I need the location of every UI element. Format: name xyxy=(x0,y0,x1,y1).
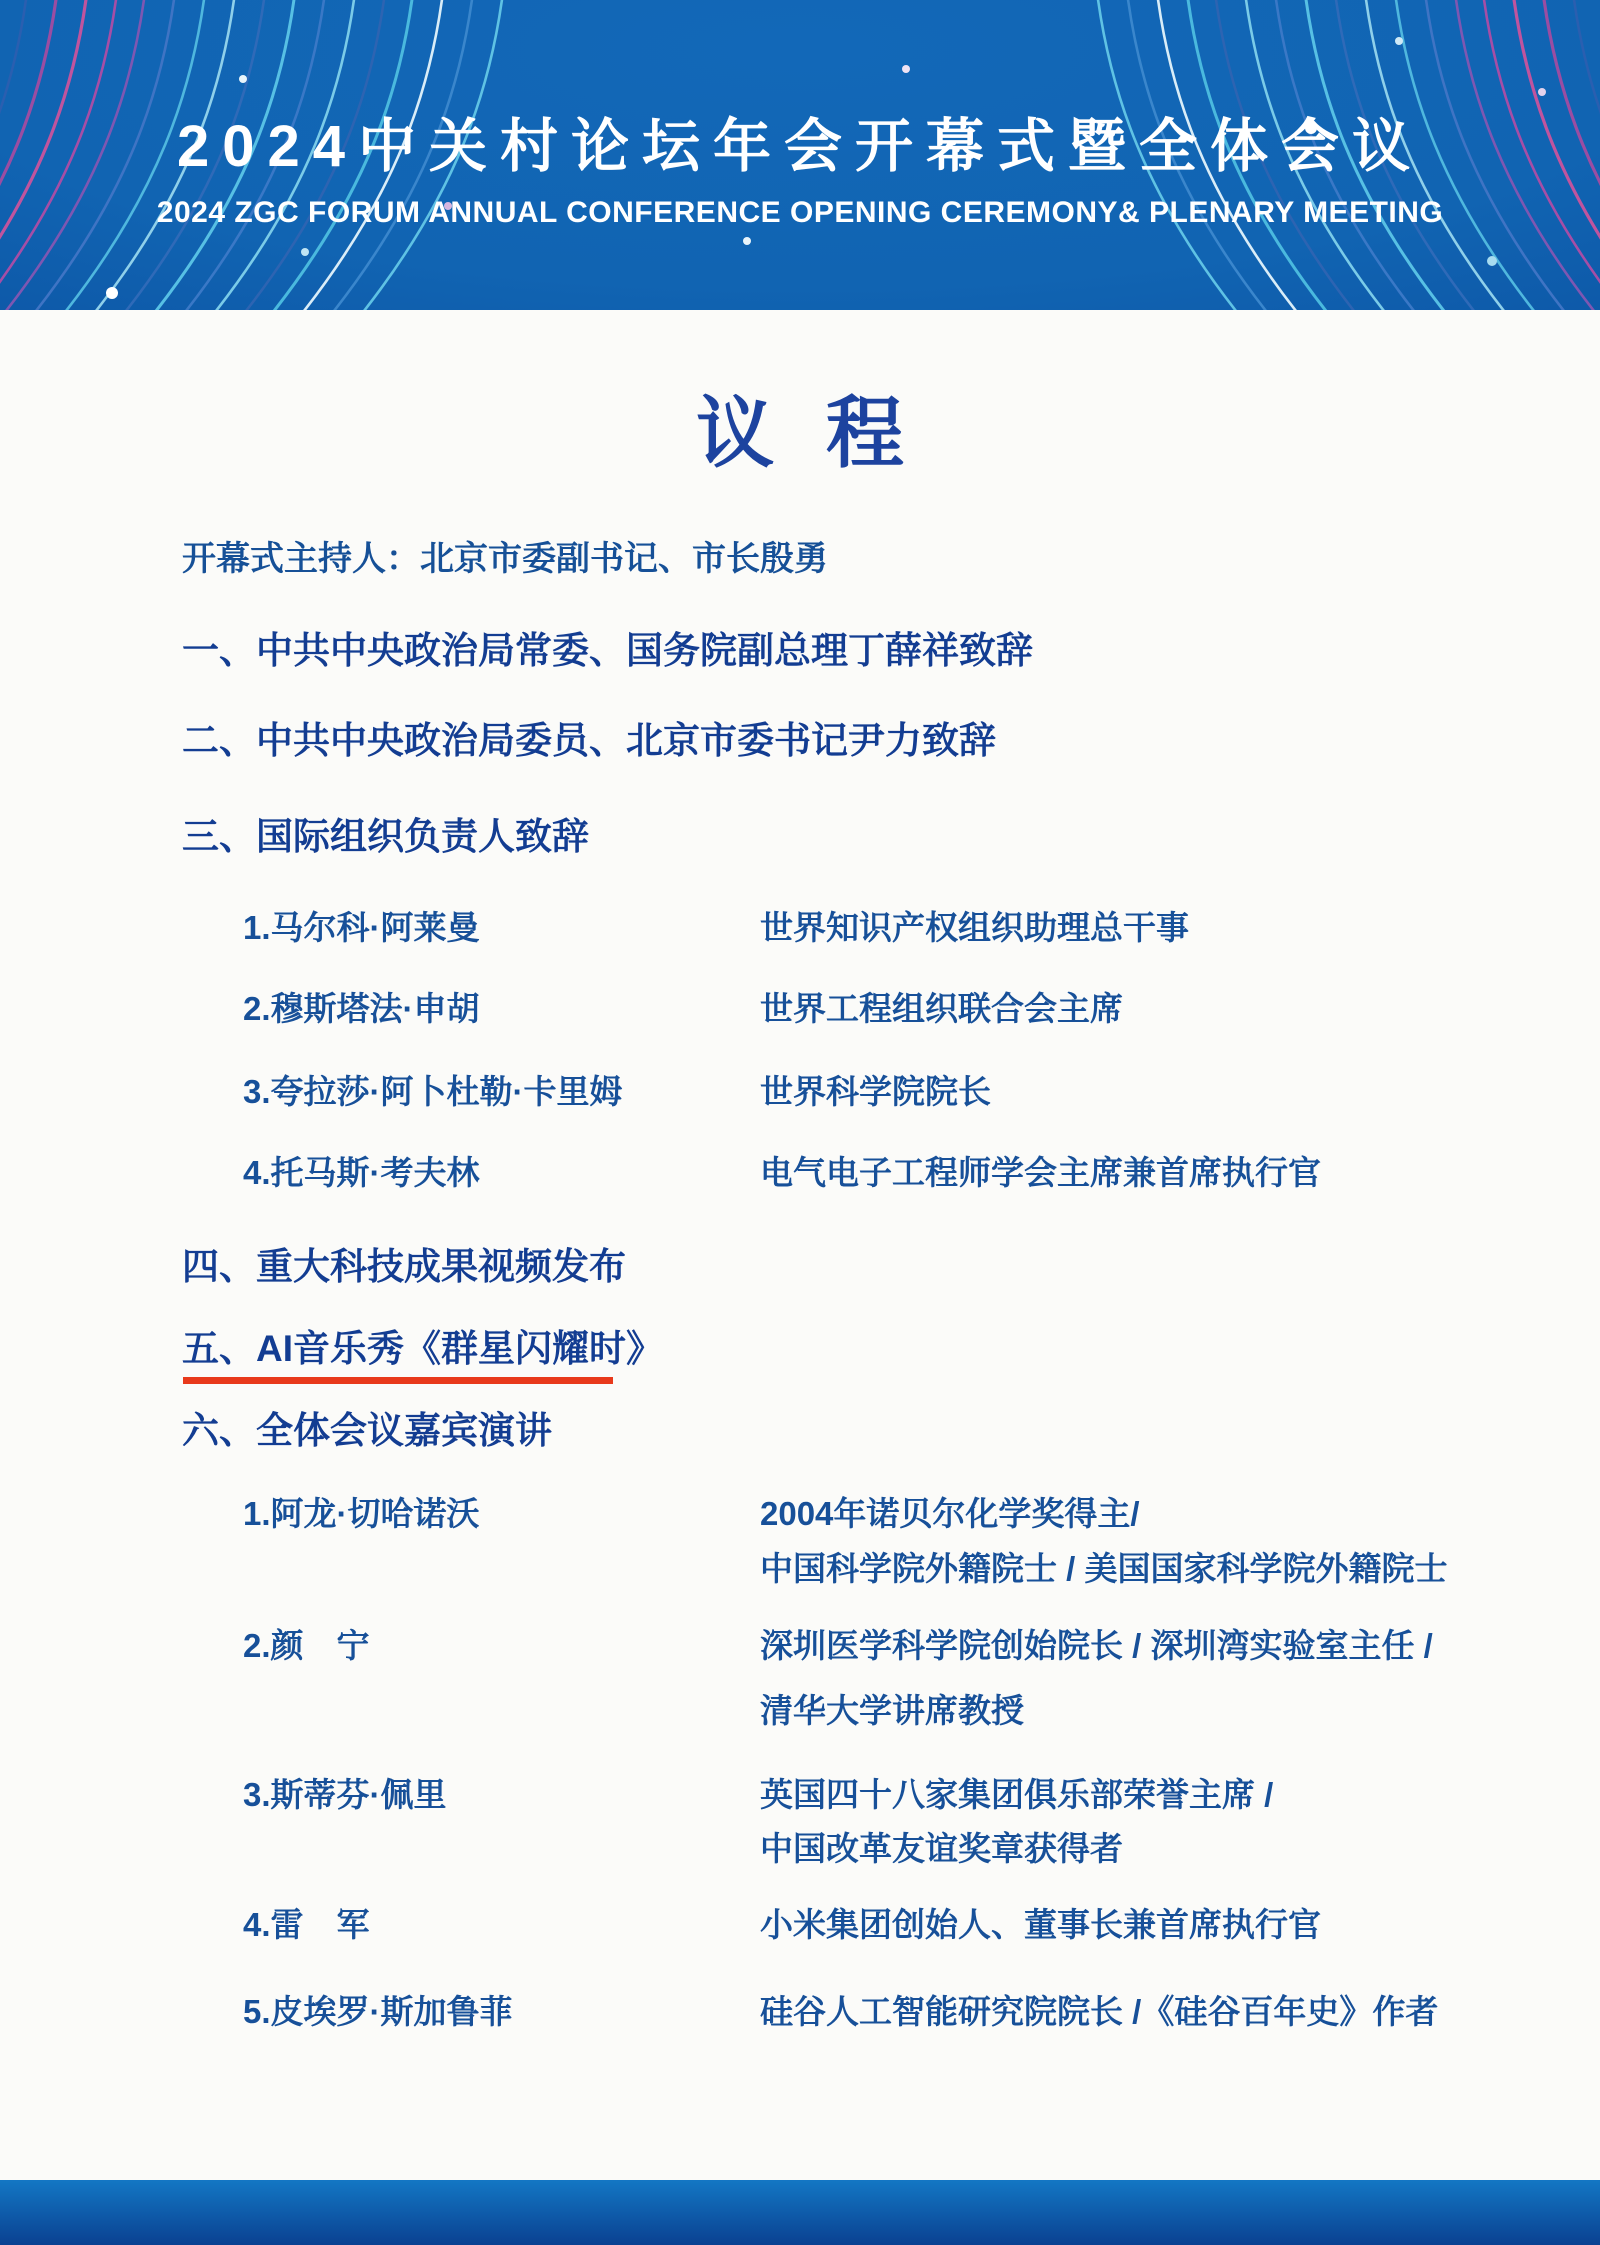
banner-title-en: 2024 ZGC FORUM ANNUAL CONFERENCE OPENING… xyxy=(0,197,1600,229)
intl-speaker-name: 4.托马斯·考夫林 xyxy=(243,1155,480,1191)
intl-speaker-title: 世界工程组织联合会主席 xyxy=(760,991,1123,1027)
intl-speaker-title: 电气电子工程师学会主席兼首席执行官 xyxy=(760,1155,1321,1191)
banner-title-zh: 2024中关村论坛年会开幕式暨全体会议 xyxy=(0,117,1600,178)
plenary-speaker-title: 硅谷人工智能研究院院长 /《硅谷百年史》作者 xyxy=(760,1994,1438,2030)
agenda-item-6: 六、全体会议嘉宾演讲 xyxy=(182,1411,552,1452)
agenda-item-4: 四、重大科技成果视频发布 xyxy=(182,1247,626,1288)
plenary-speaker-title: 中国科学院外籍院士 / 美国国家科学院外籍院士 xyxy=(760,1551,1448,1587)
agenda-item-5: 五、AI音乐秀《群星闪耀时》 xyxy=(182,1329,663,1370)
intl-speaker-title: 世界知识产权组织助理总干事 xyxy=(760,910,1189,946)
agenda-item-1: 一、中共中央政治局常委、国务院副总理丁薛祥致辞 xyxy=(182,631,1033,672)
plenary-speaker-name: 1.阿龙·切哈诺沃 xyxy=(243,1496,480,1532)
agenda-item-3: 三、国际组织负责人致辞 xyxy=(182,817,589,858)
plenary-speaker-title: 中国改革友谊奖章获得者 xyxy=(760,1831,1123,1867)
intl-speaker-title: 世界科学院院长 xyxy=(760,1074,991,1110)
plenary-speaker-name: 4.雷 军 xyxy=(243,1907,370,1943)
poster-page: 2024中关村论坛年会开幕式暨全体会议 2024 ZGC FORUM ANNUA… xyxy=(0,0,1600,2245)
agenda-item-2: 二、中共中央政治局委员、北京市委书记尹力致辞 xyxy=(182,721,996,762)
plenary-speaker-title: 英国四十八家集团俱乐部荣誉主席 / xyxy=(760,1777,1273,1813)
plenary-speaker-name: 2.颜 宁 xyxy=(243,1628,370,1664)
plenary-speaker-title: 清华大学讲席教授 xyxy=(760,1693,1024,1729)
intl-speaker-name: 1.马尔科·阿莱曼 xyxy=(243,910,480,946)
page-title: 议 程 xyxy=(0,394,1600,472)
plenary-speaker-title: 小米集团创始人、董事长兼首席执行官 xyxy=(760,1907,1321,1943)
host-line: 开幕式主持人：北京市委副书记、市长殷勇 xyxy=(182,541,828,578)
plenary-speaker-name: 5.皮埃罗·斯加鲁菲 xyxy=(243,1994,513,2030)
intl-speaker-name: 3.夸拉莎·阿卜杜勒·卡里姆 xyxy=(243,1074,623,1110)
plenary-speaker-name: 3.斯蒂芬·佩里 xyxy=(243,1777,447,1813)
banner: 2024中关村论坛年会开幕式暨全体会议 2024 ZGC FORUM ANNUA… xyxy=(0,0,1600,310)
plenary-speaker-title: 深圳医学科学院创始院长 / 深圳湾实验室主任 / xyxy=(760,1628,1433,1664)
footer-band xyxy=(0,2180,1600,2245)
intl-speaker-name: 2.穆斯塔法·申胡 xyxy=(243,991,480,1027)
highlight-underline xyxy=(183,1377,613,1384)
plenary-speaker-title: 2004年诺贝尔化学奖得主/ xyxy=(760,1496,1140,1532)
